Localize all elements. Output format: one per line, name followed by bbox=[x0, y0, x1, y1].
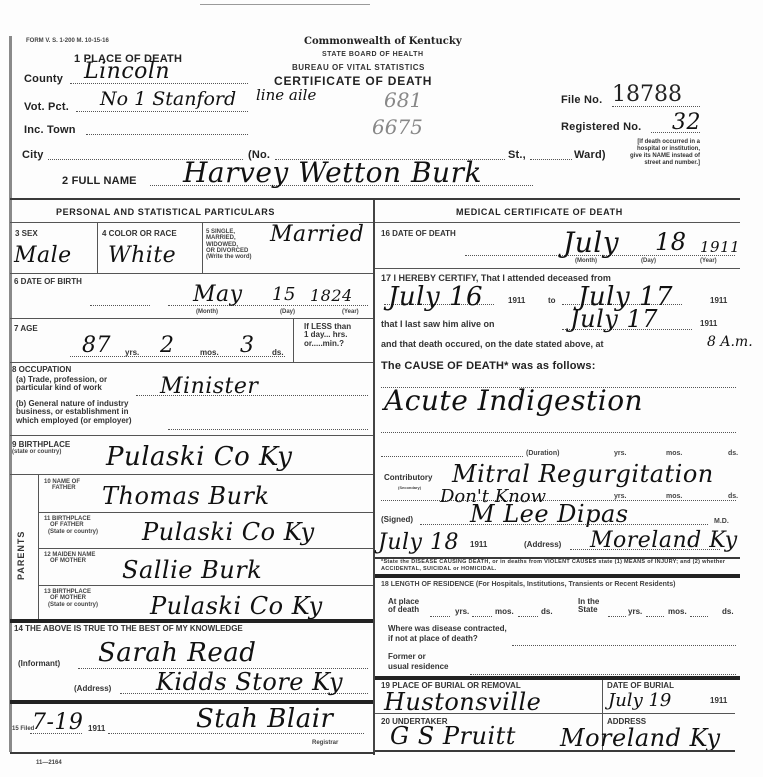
attended-to-year: 1911 bbox=[710, 297, 727, 305]
sex-label: 3 SEX bbox=[15, 230, 38, 238]
filed-year: 1911 bbox=[88, 725, 105, 733]
in-state-yrs: yrs. bbox=[628, 608, 642, 616]
filed-label: 15 Filed bbox=[12, 726, 34, 732]
md-label: M.D. bbox=[714, 518, 729, 525]
vot-pct-label: Vot. Pct. bbox=[24, 101, 69, 113]
header-board: STATE BOARD OF HEALTH bbox=[322, 51, 424, 58]
age-label: 7 AGE bbox=[14, 325, 38, 333]
registered-no-value: 32 bbox=[672, 110, 701, 135]
age-yrs-caption: yrs. bbox=[125, 349, 139, 357]
marital-value: Married bbox=[270, 222, 364, 247]
dob-year-caption: (Year) bbox=[342, 309, 359, 315]
disease-contracted-label: Where was disease contracted, if not at … bbox=[388, 624, 507, 645]
undertaker-address-value: Moreland Ky bbox=[560, 724, 721, 752]
cause-footnote: *State the DISEASE CAUSING DEATH, or in … bbox=[381, 559, 736, 572]
death-certificate: FORM V. S. 1-200 M. 10-15-16 Commonwealt… bbox=[0, 0, 763, 777]
informant-label: (Informant) bbox=[18, 660, 60, 668]
dob-label: 6 DATE OF BIRTH bbox=[14, 278, 82, 286]
header-commonwealth: Commonwealth of Kentucky bbox=[304, 36, 462, 47]
column-divider bbox=[373, 200, 375, 755]
informant-address-value: Kidds Store Ky bbox=[156, 668, 343, 696]
left-border bbox=[9, 36, 12, 752]
age-years: 87 bbox=[82, 333, 111, 358]
pencil-note-2: 6675 bbox=[372, 115, 423, 139]
medical-heading: MEDICAL CERTIFICATE OF DEATH bbox=[456, 207, 623, 217]
dob-month: May bbox=[193, 282, 243, 307]
signed-date: July 18 bbox=[378, 530, 459, 555]
personal-heading: PERSONAL AND STATISTICAL PARTICULARS bbox=[56, 207, 275, 217]
dod-label: 16 DATE OF DEATH bbox=[381, 230, 456, 238]
at-place-ds: ds. bbox=[541, 608, 553, 616]
secondary-label: (Secondary) bbox=[398, 486, 421, 490]
dod-day: 18 bbox=[655, 228, 687, 256]
medical-address-label: (Address) bbox=[524, 541, 561, 549]
last-saw-text: that I last saw him alive on bbox=[381, 320, 495, 329]
occupation-label: 8 OCCUPATION bbox=[12, 366, 71, 374]
true-statement: 14 THE ABOVE IS TRUE TO THE BEST OF MY K… bbox=[14, 625, 243, 633]
contributory-label: Contributory bbox=[384, 474, 432, 482]
dod-day-caption: (Day) bbox=[641, 258, 656, 264]
death-time: 8 A.m. bbox=[707, 334, 753, 350]
age-months: 2 bbox=[160, 333, 175, 358]
registrar-label: Registrar bbox=[312, 740, 338, 746]
hospital-note: [If death occurred in a hospital or inst… bbox=[628, 139, 700, 167]
full-name-label: 2 FULL NAME bbox=[62, 175, 137, 187]
burial-date-value: July 19 bbox=[608, 690, 671, 711]
duration-ds: ds. bbox=[728, 450, 738, 457]
dod-year-caption: (Year) bbox=[700, 258, 717, 264]
ward-label: Ward) bbox=[574, 149, 606, 161]
age-mos-caption: mos. bbox=[200, 349, 219, 357]
attended-from-year: 1911 bbox=[508, 297, 525, 305]
filed-date: 7-19 bbox=[32, 710, 83, 735]
cause-heading: The CAUSE OF DEATH* was as follows: bbox=[381, 360, 596, 372]
last-saw-date: July 17 bbox=[570, 305, 658, 333]
duration-yrs: yrs. bbox=[614, 450, 626, 457]
informant-value: Sarah Read bbox=[98, 638, 256, 668]
medical-address-value: Moreland Ky bbox=[590, 528, 738, 553]
attended-from: July 16 bbox=[388, 282, 483, 312]
mother-maiden-value: Sallie Burk bbox=[122, 556, 262, 584]
informant-address-label: (Address) bbox=[74, 685, 111, 693]
dob-month-caption: (Month) bbox=[196, 309, 218, 315]
birthplace-value: Pulaski Co Ky bbox=[106, 442, 293, 472]
to-label: to bbox=[548, 297, 556, 305]
race-value: White bbox=[108, 243, 176, 268]
dod-month: July bbox=[563, 226, 619, 259]
in-state-label: In the State bbox=[578, 598, 599, 615]
dob-year: 1824 bbox=[310, 286, 353, 305]
contributory-mos: mos. bbox=[666, 493, 682, 500]
in-state-ds: ds. bbox=[722, 608, 734, 616]
top-scan-rule bbox=[200, 4, 370, 5]
less-than-day: If LESS than 1 day... hrs. or.....min.? bbox=[304, 323, 351, 348]
at-place-yrs: yrs. bbox=[455, 608, 469, 616]
burial-year: 1911 bbox=[710, 697, 727, 705]
contributory-ds: ds. bbox=[728, 493, 738, 500]
county-label: County bbox=[24, 73, 63, 85]
bottom-form-code: 11—2164 bbox=[36, 760, 62, 766]
birthplace-label: 9 BIRTHPLACE (state or country) bbox=[12, 441, 70, 456]
former-residence-label: Former or usual residence bbox=[388, 652, 448, 673]
city-label: City bbox=[22, 149, 44, 161]
father-name-value: Thomas Burk bbox=[102, 482, 270, 510]
age-days: 3 bbox=[240, 333, 255, 358]
last-saw-year: 1911 bbox=[700, 320, 717, 328]
registered-no-label: Registered No. bbox=[561, 121, 641, 133]
cause-value: Acute Indigestion bbox=[384, 384, 643, 417]
vot-pct-extra: line aile bbox=[256, 86, 316, 104]
inc-town-label: Inc. Town bbox=[24, 124, 76, 136]
dob-day: 15 bbox=[272, 284, 296, 305]
in-state-mos: mos. bbox=[668, 608, 687, 616]
age-ds-caption: ds. bbox=[272, 349, 284, 357]
dod-year: 1911 bbox=[700, 238, 740, 256]
mother-birthplace-label: 13 BIRTHPLACE OF MOTHER (State or countr… bbox=[44, 589, 98, 608]
contributory-value: Mitral Regurgitation bbox=[452, 460, 714, 488]
father-name-label: 10 NAME OF FATHER bbox=[44, 479, 80, 492]
vot-pct-value: No 1 Stanford bbox=[100, 88, 236, 110]
mother-birthplace-value: Pulaski Co Ky bbox=[150, 592, 323, 620]
at-place-label: At place of death bbox=[388, 598, 419, 615]
father-birthplace-label: 11 BIRTHPLACE OF FATHER (State or countr… bbox=[44, 516, 98, 535]
signed-value: M Lee Dipas bbox=[470, 500, 629, 528]
residence-heading: 18 LENGTH OF RESIDENCE (For Hospitals, I… bbox=[381, 581, 736, 588]
street-label: St., bbox=[508, 149, 526, 161]
file-no-value: 18788 bbox=[612, 82, 682, 107]
undertaker-value: G S Pruitt bbox=[390, 722, 516, 750]
occupation-a-label: (a) Trade, profession, or particular kin… bbox=[16, 376, 107, 393]
occupation-a-value: Minister bbox=[160, 374, 258, 399]
full-name-value: Harvey Wetton Burk bbox=[183, 156, 482, 189]
duration-label: (Duration) bbox=[526, 450, 559, 457]
signed-label: (Signed) bbox=[381, 516, 413, 524]
dob-day-caption: (Day) bbox=[280, 309, 295, 315]
duration-mos: mos. bbox=[666, 450, 682, 457]
signed-year: 1911 bbox=[470, 541, 487, 549]
registrar-signature: Stah Blair bbox=[196, 704, 333, 734]
file-no-label: File No. bbox=[561, 94, 602, 106]
father-birthplace-value: Pulaski Co Ky bbox=[142, 518, 315, 546]
race-label: 4 COLOR OR RACE bbox=[102, 230, 177, 238]
pencil-note-1: 681 bbox=[384, 88, 422, 112]
form-number: FORM V. S. 1-200 M. 10-15-16 bbox=[26, 38, 109, 44]
mother-maiden-label: 12 MAIDEN NAME OF MOTHER bbox=[44, 552, 95, 565]
occupation-b-label: (b) General nature of industry business,… bbox=[16, 400, 132, 425]
dod-month-caption: (Month) bbox=[575, 258, 597, 264]
county-value: Lincoln bbox=[84, 59, 170, 84]
sex-value: Male bbox=[14, 243, 72, 268]
at-place-mos: mos. bbox=[495, 608, 514, 616]
death-occurred-text: and that death occured, on the date stat… bbox=[381, 340, 604, 349]
header-bureau: BUREAU OF VITAL STATISTICS bbox=[292, 63, 425, 72]
burial-place-value: Hustonsville bbox=[384, 688, 541, 716]
parents-label: PARENTS bbox=[16, 531, 26, 580]
marital-label: 5 SINGLE, MARRIED, WIDOWED, OR DIVORCED … bbox=[206, 229, 252, 260]
